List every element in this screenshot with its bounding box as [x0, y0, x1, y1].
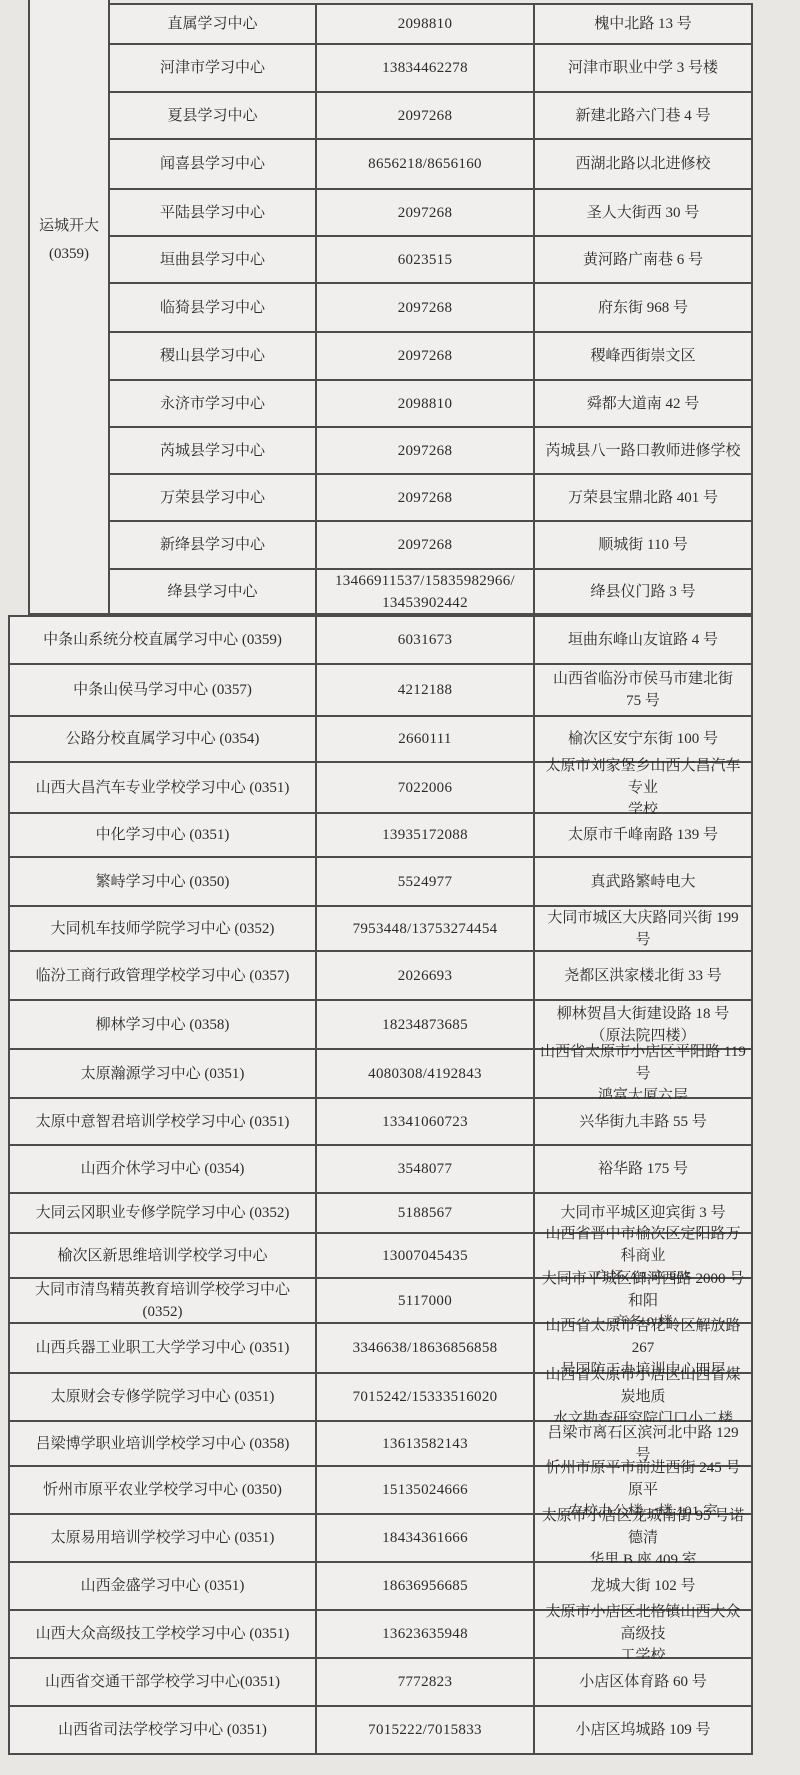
group-label-line1: 运城开大: [30, 212, 108, 240]
address-cell: 万荣县宝鼎北路 401 号: [535, 475, 753, 522]
table-row: 中化学习中心 (0351)13935172088太原市千峰南路 139 号: [8, 814, 753, 858]
address-cell: 新建北路六门巷 4 号: [535, 93, 753, 140]
phone-cell: 6031673: [317, 617, 535, 665]
center-name-cell: 山西兵器工业职工大学学习中心 (0351): [8, 1324, 317, 1374]
phone-cell: 18234873685: [317, 1001, 535, 1050]
phone-cell: 4080308/4192843: [317, 1050, 535, 1099]
address-cell: 大同市城区大庆路同兴街 199 号: [535, 907, 753, 952]
table-row: 直属学习中心2098810槐中北路 13 号: [110, 3, 753, 45]
address-cell: 芮城县八一路口教师进修学校: [535, 428, 753, 475]
phone-cell: 2097268: [317, 333, 535, 381]
phone-cell: 2097268: [317, 475, 535, 522]
address-cell: 黄河路广南巷 6 号: [535, 237, 753, 284]
table-row: 太原瀚源学习中心 (0351)4080308/4192843山西省太原市小店区平…: [8, 1050, 753, 1099]
phone-cell: 7015222/7015833: [317, 1707, 535, 1755]
table-row: 夏县学习中心2097268新建北路六门巷 4 号: [110, 93, 753, 140]
table-row: 闻喜县学习中心8656218/8656160西湖北路以北进修校: [110, 140, 753, 190]
center-name-cell: 大同云冈职业专修学院学习中心 (0352): [8, 1194, 317, 1234]
phone-cell: 2097268: [317, 284, 535, 333]
center-name-cell: 中化学习中心 (0351): [8, 814, 317, 858]
phone-cell: 6023515: [317, 237, 535, 284]
center-name-cell: 太原易用培训学校学习中心 (0351): [8, 1515, 317, 1563]
center-name-cell: 平陆县学习中心: [110, 190, 317, 237]
address-cell: 西湖北路以北进修校: [535, 140, 753, 190]
phone-cell: 2026693: [317, 952, 535, 1001]
center-name-cell: 大同机车技师学院学习中心 (0352): [8, 907, 317, 952]
table-row: 山西省司法学校学习中心 (0351)7015222/7015833小店区坞城路 …: [8, 1707, 753, 1755]
center-name-cell: 榆次区新思维培训学校学习中心: [8, 1234, 317, 1279]
center-name-cell: 芮城县学习中心: [110, 428, 317, 475]
address-cell: 河津市职业中学 3 号楼: [535, 45, 753, 93]
phone-cell: 5524977: [317, 858, 535, 907]
table-row: 中条山侯马学习中心 (0357)4212188山西省临汾市侯马市建北街 75 号: [8, 665, 753, 717]
phone-cell: 13834462278: [317, 45, 535, 93]
table-row: 山西介休学习中心 (0354)3548077裕华路 175 号: [8, 1146, 753, 1194]
center-name-cell: 垣曲县学习中心: [110, 237, 317, 284]
phone-cell: 2660111: [317, 717, 535, 763]
learning-centers-table: 中条山系统分校直属学习中心 (0359)6031673垣曲东峰山友谊路 4 号中…: [8, 615, 753, 1755]
address-cell: 绛县仪门路 3 号: [535, 570, 753, 615]
phone-cell: 8656218/8656160: [317, 140, 535, 190]
phone-cell: 2097268: [317, 93, 535, 140]
phone-cell: 13613582143: [317, 1422, 535, 1467]
phone-cell: 5117000: [317, 1279, 535, 1324]
center-name-cell: 山西金盛学习中心 (0351): [8, 1563, 317, 1611]
address-cell: 太原市千峰南路 139 号: [535, 814, 753, 858]
phone-cell: 2097268: [317, 190, 535, 237]
phone-cell: 7772823: [317, 1659, 535, 1707]
phone-cell: 2097268: [317, 428, 535, 475]
address-cell: 府东街 968 号: [535, 284, 753, 333]
address-cell: 兴华街九丰路 55 号: [535, 1099, 753, 1146]
center-name-cell: 闻喜县学习中心: [110, 140, 317, 190]
address-cell: 裕华路 175 号: [535, 1146, 753, 1194]
table-row: 临汾工商行政管理学校学习中心 (0357)2026693尧都区洪家楼北街 33 …: [8, 952, 753, 1001]
phone-cell: 5188567: [317, 1194, 535, 1234]
address-cell: 舜都大道南 42 号: [535, 381, 753, 428]
address-cell: 小店区体育路 60 号: [535, 1659, 753, 1707]
center-name-cell: 柳林学习中心 (0358): [8, 1001, 317, 1050]
phone-cell: 2097268: [317, 522, 535, 570]
center-name-cell: 太原瀚源学习中心 (0351): [8, 1050, 317, 1099]
center-name-cell: 万荣县学习中心: [110, 475, 317, 522]
address-cell: 太原市小店区北格镇山西大众高级技 工学校: [535, 1611, 753, 1659]
center-name-cell: 稷山县学习中心: [110, 333, 317, 381]
phone-cell: 15135024666: [317, 1467, 535, 1515]
address-cell: 山西省临汾市侯马市建北街 75 号: [535, 665, 753, 717]
center-name-cell: 山西省交通干部学校学习中心(0351): [8, 1659, 317, 1707]
center-name-cell: 繁峙学习中心 (0350): [8, 858, 317, 907]
center-name-cell: 临猗县学习中心: [110, 284, 317, 333]
center-name-cell: 直属学习中心: [110, 3, 317, 45]
phone-cell: 13466911537/15835982966/ 13453902442: [317, 570, 535, 615]
phone-cell: 3346638/18636856858: [317, 1324, 535, 1374]
center-name-cell: 夏县学习中心: [110, 93, 317, 140]
center-name-cell: 山西大众高级技工学校学习中心 (0351): [8, 1611, 317, 1659]
group-table-rows: 直属学习中心2098810槐中北路 13 号河津市学习中心13834462278…: [110, 3, 753, 615]
phone-cell: 3548077: [317, 1146, 535, 1194]
center-name-cell: 忻州市原平农业学校学习中心 (0350): [8, 1467, 317, 1515]
table-row: 繁峙学习中心 (0350)5524977真武路繁峙电大: [8, 858, 753, 907]
table-row: 平陆县学习中心2097268圣人大街西 30 号: [110, 190, 753, 237]
phone-cell: 4212188: [317, 665, 535, 717]
address-cell: 山西省太原市小店区山西省煤炭地质 水文勘查研究院门口小二楼: [535, 1374, 753, 1422]
phone-cell: 13007045435: [317, 1234, 535, 1279]
table-row: 山西大昌汽车专业学校学习中心 (0351)7022006太原市刘家堡乡山西大昌汽…: [8, 763, 753, 814]
table-row: 垣曲县学习中心6023515黄河路广南巷 6 号: [110, 237, 753, 284]
document-page: 运城开大 (0359) 直属学习中心2098810槐中北路 13 号河津市学习中…: [0, 0, 800, 1775]
yuncheng-group-table: 运城开大 (0359) 直属学习中心2098810槐中北路 13 号河津市学习中…: [28, 0, 753, 615]
center-name-cell: 吕梁博学职业培训学校学习中心 (0358): [8, 1422, 317, 1467]
center-name-cell: 绛县学习中心: [110, 570, 317, 615]
phone-cell: 2098810: [317, 3, 535, 45]
address-cell: 真武路繁峙电大: [535, 858, 753, 907]
phone-cell: 7015242/15333516020: [317, 1374, 535, 1422]
center-name-cell: 河津市学习中心: [110, 45, 317, 93]
table-row: 永济市学习中心2098810舜都大道南 42 号: [110, 381, 753, 428]
group-label-line2: (0359): [30, 240, 108, 268]
phone-cell: 2098810: [317, 381, 535, 428]
center-name-cell: 大同市清鸟精英教育培训学校学习中心 (0352): [8, 1279, 317, 1324]
center-name-cell: 山西介休学习中心 (0354): [8, 1146, 317, 1194]
phone-cell: 13341060723: [317, 1099, 535, 1146]
table-row: 太原易用培训学校学习中心 (0351)18434361666太原市小店区龙城南街…: [8, 1515, 753, 1563]
address-cell: 尧都区洪家楼北街 33 号: [535, 952, 753, 1001]
table-row: 太原中意智君培训学校学习中心 (0351)13341060723兴华街九丰路 5…: [8, 1099, 753, 1146]
center-name-cell: 山西大昌汽车专业学校学习中心 (0351): [8, 763, 317, 814]
table-row: 绛县学习中心13466911537/15835982966/ 134539024…: [110, 570, 753, 615]
table-row: 中条山系统分校直属学习中心 (0359)6031673垣曲东峰山友谊路 4 号: [8, 617, 753, 665]
center-name-cell: 临汾工商行政管理学校学习中心 (0357): [8, 952, 317, 1001]
address-cell: 太原市刘家堡乡山西大昌汽车专业 学校: [535, 763, 753, 814]
table-row: 临猗县学习中心2097268府东街 968 号: [110, 284, 753, 333]
group-cell: 运城开大 (0359): [28, 0, 110, 615]
center-name-cell: 太原财会专修学院学习中心 (0351): [8, 1374, 317, 1422]
phone-cell: 13623635948: [317, 1611, 535, 1659]
center-name-cell: 中条山系统分校直属学习中心 (0359): [8, 617, 317, 665]
address-cell: 垣曲东峰山友谊路 4 号: [535, 617, 753, 665]
phone-cell: 18434361666: [317, 1515, 535, 1563]
center-name-cell: 新绛县学习中心: [110, 522, 317, 570]
table-row: 山西省交通干部学校学习中心(0351)7772823小店区体育路 60 号: [8, 1659, 753, 1707]
address-cell: 山西省太原市小店区平阳路 119 号 鸿富大厦六层: [535, 1050, 753, 1099]
address-cell: 圣人大街西 30 号: [535, 190, 753, 237]
center-name-cell: 永济市学习中心: [110, 381, 317, 428]
table-row: 山西大众高级技工学校学习中心 (0351)13623635948太原市小店区北格…: [8, 1611, 753, 1659]
table-row: 太原财会专修学院学习中心 (0351)7015242/15333516020山西…: [8, 1374, 753, 1422]
center-name-cell: 太原中意智君培训学校学习中心 (0351): [8, 1099, 317, 1146]
address-cell: 小店区坞城路 109 号: [535, 1707, 753, 1755]
address-cell: 太原市小店区龙城南街 95 号诺德清 华里 B 座 409 室: [535, 1515, 753, 1563]
phone-cell: 13935172088: [317, 814, 535, 858]
table-row: 新绛县学习中心2097268顺城街 110 号: [110, 522, 753, 570]
group-label: 运城开大 (0359): [30, 212, 108, 268]
address-cell: 槐中北路 13 号: [535, 3, 753, 45]
table-row: 万荣县学习中心2097268万荣县宝鼎北路 401 号: [110, 475, 753, 522]
address-cell: 稷峰西街崇文区: [535, 333, 753, 381]
phone-cell: 7953448/13753274454: [317, 907, 535, 952]
phone-cell: 18636956685: [317, 1563, 535, 1611]
center-name-cell: 山西省司法学校学习中心 (0351): [8, 1707, 317, 1755]
table-row: 芮城县学习中心2097268芮城县八一路口教师进修学校: [110, 428, 753, 475]
table-row: 河津市学习中心13834462278河津市职业中学 3 号楼: [110, 45, 753, 93]
phone-cell: 7022006: [317, 763, 535, 814]
table-row: 大同机车技师学院学习中心 (0352)7953448/13753274454大同…: [8, 907, 753, 952]
address-cell: 顺城街 110 号: [535, 522, 753, 570]
center-name-cell: 公路分校直属学习中心 (0354): [8, 717, 317, 763]
table-row: 稷山县学习中心2097268稷峰西街崇文区: [110, 333, 753, 381]
center-name-cell: 中条山侯马学习中心 (0357): [8, 665, 317, 717]
